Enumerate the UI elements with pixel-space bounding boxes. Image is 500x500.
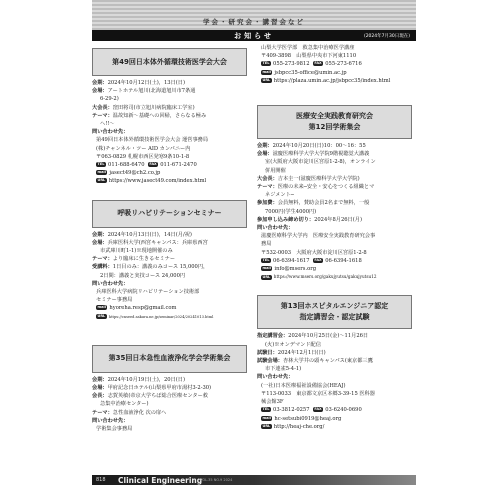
label: 受講料： (92, 264, 113, 270)
tel-number: 055-273-9812 (273, 61, 310, 67)
fax-number: 03-6240-0690 (325, 407, 362, 413)
mail-icon: mail (261, 266, 272, 271)
label: テーマ： (92, 410, 113, 416)
contact-line: 山梨大学医学部 救急集中治療医学講座 (257, 44, 412, 52)
label: 大会長： (92, 105, 113, 111)
event-exam-date: 2024年12月1日(日) (278, 350, 326, 356)
event-venue-cont: 併用開催 (257, 167, 412, 175)
event-theme-cont: ネジメント─ (257, 191, 412, 199)
url-icon: URL (96, 178, 107, 183)
event-chair: 窪田将司(市立旭川病院臨床工学室) (113, 105, 195, 111)
contact-address: 〒409-3898 山梨県中央市下河東1110 (257, 52, 412, 60)
event-title-box: 第13回ホスピタルエンジニア認定 指定講習会・認定試験 (257, 295, 412, 329)
contact-label: 問い合わせ先： (92, 418, 128, 424)
mail-icon: mail (261, 70, 272, 75)
event-details: 会期：2024年10月19日(土)，20日(日) 会場：甲府記念日ホテル(山梨県… (92, 376, 247, 433)
contact-line: (一社)日本医療福祉設備協会(HEAJ) (257, 382, 412, 390)
event-venue: 甲府記念日ホテル(山梨県甲府市湯村3-2-30) (108, 385, 212, 391)
mail-icon: mail (96, 170, 107, 175)
page-number: 818 (96, 477, 106, 483)
event-title-box: 第35回日本急性血液浄化学会学術集会 (92, 345, 247, 373)
event-title: 第35回日本急性血液浄化学会学術集会 (109, 353, 231, 364)
label: 会場： (92, 88, 108, 94)
contact-address-cont: 械会館3F (257, 398, 412, 406)
contact-label: 問い合わせ先： (257, 225, 293, 231)
contact-line: 兵庫医科大学病院リハビリテーション技術部 (92, 288, 247, 296)
event-details-continued: 山梨大学医学部 救急集中治療医学講座 〒409-3898 山梨県中央市下河東11… (257, 44, 412, 85)
event-chair: 吉本圭一(滋慶医療科学大学大学院) (278, 176, 360, 182)
event-date: 2024年10月13日(日)，14日(月/祝) (108, 232, 192, 238)
event-chair: 志賀英敏(帝京大学ちば総合医療センター救 (108, 393, 208, 399)
label: テーマ： (257, 184, 278, 190)
event-theme: より臨床に生きるセミナー (113, 256, 175, 262)
page-footer: 818 Clinical Engineering VOL.35 NO.9 202… (92, 475, 416, 485)
fax-icon: FAX (313, 258, 323, 263)
label: 試験日： (257, 350, 278, 356)
email-link[interactable]: hc-setsubi0919@heaj.org (274, 416, 341, 422)
label: 会場： (257, 151, 273, 157)
contact-line: 第49回日本体外循環技術医学会大会 運営事務局 (92, 136, 247, 144)
url-link[interactable]: https://www.jasect49.com/index.html (109, 178, 206, 184)
fax-icon: FAX (148, 162, 158, 167)
event-venue-cont: 6-29-2) (92, 95, 247, 103)
label: 会期： (92, 232, 108, 238)
event-title-box: 医療安全実践教育研究会 第12回学術集会 (257, 105, 412, 139)
event-title: 呼吸リハビリテーションセミナー (117, 208, 221, 219)
label: 会場： (92, 240, 108, 246)
url-icon: URL (96, 314, 107, 319)
contact-line: 学術集会事務局 (92, 425, 247, 433)
event-title-line2: 第12回学術集会 (309, 122, 361, 133)
event-course: 2024年10月25日(金)～11月26日 (288, 333, 368, 339)
fax-number: 011-671-2470 (160, 162, 197, 168)
event-theme: 急性血液浄化 次の扉へ (113, 410, 167, 416)
left-column: 第49回日本体外循環技術医学会大会 会期：2024年10月12日(土)，13日(… (92, 48, 247, 433)
contact-address: 〒532-0003 大阪府大阪市淀川区宮原1-2-8 (257, 249, 412, 257)
event-exam-venue-cont: 市下連雀5-4-1) (257, 365, 412, 373)
label: 会期： (257, 143, 273, 149)
event-details: 会期：2024年10月13日(日)，14日(月/祝) 会場：兵庫医科大学(西宮キ… (92, 231, 247, 321)
label: 大会長： (257, 176, 278, 182)
contact-line: 滋慶医療科学大学内 医療安全実践教育研究会事 (257, 232, 412, 240)
contact-line: セミナー事務局 (92, 296, 247, 304)
url-link[interactable]: https://plaza.umin.ac.jp/jsbpcc35/index.… (274, 78, 391, 84)
label: 試験会場： (257, 358, 283, 364)
event-chair-cont: 急集中治療センター) (92, 400, 247, 408)
label: 会長： (92, 393, 108, 399)
label: 指定講習会： (257, 333, 288, 339)
event-date: 2024年10月19日(土)，20日(日) (108, 377, 185, 383)
label: 参加費： (257, 200, 278, 206)
contact-label: 問い合わせ先： (92, 129, 128, 135)
event-venue-cont: 室(大阪府大阪市淀川区宮原1-2-8)，オンライン (257, 158, 412, 166)
event-deadline: 2024年8月26日(月) (314, 217, 362, 223)
volume-info: VOL.35 NO.9 2024 (200, 478, 232, 482)
label: テーマ： (92, 113, 113, 119)
fax-icon: FAX (313, 61, 323, 66)
event-details: 指定講習会：2024年10月25日(金)～11月26日 (火)※オンデマンド配信… (257, 332, 412, 430)
contact-label: 問い合わせ先： (257, 374, 293, 380)
fax-number: 055-273-6716 (325, 61, 362, 67)
fax-number: 06-6394-1618 (325, 258, 362, 264)
url-icon: URL (261, 275, 272, 280)
label: テーマ： (92, 256, 113, 262)
magazine-title: Clinical Engineering (118, 476, 202, 485)
contact-label: 問い合わせ先： (92, 281, 128, 287)
tel-icon: TEL (261, 407, 271, 412)
event-venue: アートホテル旭川(北海道旭川市7条通 (108, 88, 196, 94)
event-theme-cont: へ!!～ (92, 120, 247, 128)
url-link[interactable]: http://heaj-che.org/ (274, 424, 325, 430)
url-link[interactable]: https://www.msers.org/gakujyutsu/gakujyu… (274, 274, 377, 279)
header-subtitle: 学会・研究会・講習会など (92, 17, 416, 26)
event-title-box: 呼吸リハビリテーションセミナー (92, 200, 247, 228)
event-venue: 兵庫医科大学(西宮キャンパス：兵庫県西宮 (108, 240, 208, 246)
event-venue: 滋慶医療科学大学大学院9階視聴覚大講義 (273, 151, 370, 157)
contact-line: 務局 (257, 240, 412, 248)
label: 参加申し込み締め切り： (257, 217, 314, 223)
event-fee: 会員無料，賛助会員2名まで無料，一般 (278, 200, 370, 206)
event-title: 第49回日本体外循環技術医学会大会 (112, 57, 227, 68)
event-details: 会期：2024年10月20日(日)10：00～16：55 会場：滋慶医療科学大学… (257, 142, 412, 281)
event-theme: 医療の未来─安全・安心をつくる組織とマ (278, 184, 375, 190)
tel-number: 06-6394-1617 (273, 258, 310, 264)
event-exam-venue: 杏林大学井の頭キャンパス(東京都三鷹 (283, 358, 373, 364)
event-date: 2024年10月12日(土)，13日(日) (108, 80, 185, 86)
event-fee-cont: 7000円(学生4000円) (257, 208, 412, 216)
header-date: (2024年7月30日現在) (364, 33, 410, 39)
tel-number: 011-688-6470 (108, 162, 145, 168)
label: 会場： (92, 385, 108, 391)
url-link[interactable]: https://cnseed.sakura.ne.jp/seminar/2024… (109, 315, 214, 319)
event-title-line2: 指定講習会・認定試験 (300, 312, 370, 323)
event-venue-cont: 市武庫川町1-1)※現地開催のみ (92, 247, 247, 255)
page: 学会・研究会・講習会など お知らせ (2024年7月30日現在) 第49回日本体… (0, 0, 500, 500)
event-fee-cont: 2日間：講義と実技コース 24,000円 (92, 272, 247, 280)
contact-line: (株)チャンネル・ツー AID カンパニー内 (92, 145, 247, 153)
tel-icon: TEL (261, 61, 271, 66)
contact-address: 〒113-0033 東京都文京区本郷3-39-15 医科器 (257, 390, 412, 398)
event-title: 医療安全実践教育研究会 (296, 111, 373, 122)
fax-icon: FAX (313, 407, 323, 412)
header-band: 学会・研究会・講習会など (92, 0, 416, 30)
event-course-cont: (火)※オンデマンド配信 (257, 341, 412, 349)
mail-icon: mail (261, 416, 272, 421)
email-link[interactable]: hyoreha.resp@gmail.com (109, 305, 176, 311)
event-fee: 1日目のみ：講義のみコース 15,000円， (113, 264, 208, 270)
email-link[interactable]: info@msers.org (274, 266, 316, 272)
url-icon: URL (261, 424, 272, 429)
header-title-bar: お知らせ (2024年7月30日現在) (92, 30, 416, 41)
url-icon: URL (261, 78, 272, 83)
email-link[interactable]: jasect49@ch2.co.jp (109, 170, 160, 176)
mail-icon: mail (96, 305, 107, 310)
event-details: 会期：2024年10月12日(土)，13日(日) 会場：アートホテル旭川(北海道… (92, 79, 247, 186)
event-theme: 温故知新～基礎への回帰，さらなる極み (113, 113, 206, 119)
event-date: 2024年10月20日(日)10：00～16：55 (273, 143, 366, 149)
event-title-box: 第49回日本体外循環技術医学会大会 (92, 48, 247, 76)
email-link[interactable]: jsbpcc35-office@umin.ac.jp (274, 70, 346, 76)
tel-icon: TEL (96, 162, 106, 167)
contact-address: 〒063-0829 札幌市西区発寒9条10-1-8 (92, 153, 247, 161)
label: 会期： (92, 377, 108, 383)
right-column: 山梨大学医学部 救急集中治療医学講座 〒409-3898 山梨県中央市下河東11… (257, 48, 412, 431)
tel-icon: TEL (261, 258, 271, 263)
tel-number: 03-3812-0257 (273, 407, 310, 413)
event-title: 第13回ホスピタルエンジニア認定 (281, 301, 389, 312)
label: 会期： (92, 80, 108, 86)
